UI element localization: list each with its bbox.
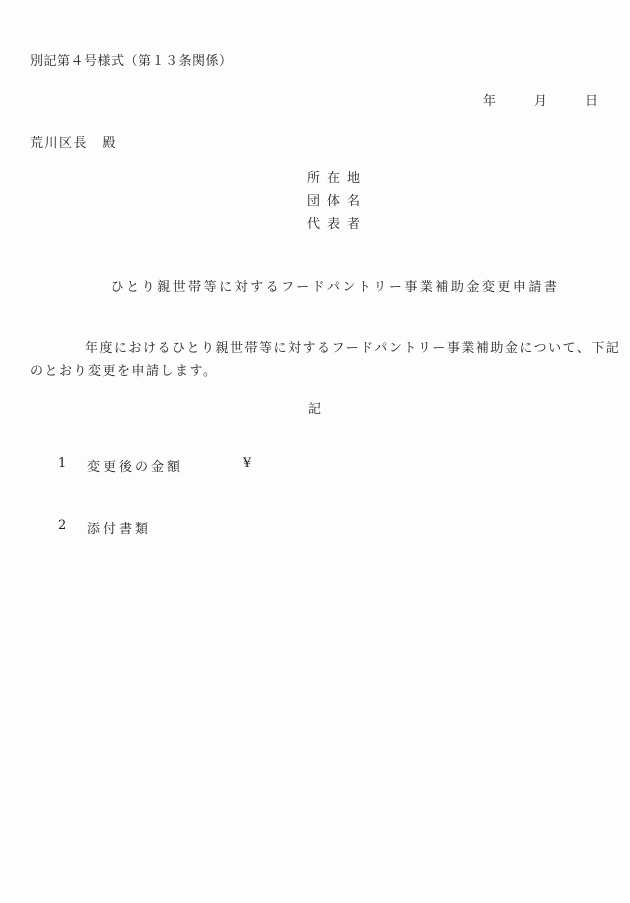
item-1-label: 変更後の金額 [87,456,183,475]
body-paragraph: 年度におけるひとり親世帯等に対するフードパントリー事業補助金について、下記 のと… [30,337,605,383]
signature-label-location: 所在地 [307,167,367,190]
list-marker-ki: 記 [0,398,630,417]
addressee: 荒川区長 殿 [30,132,117,151]
item-2-label: 添付書類 [87,518,151,537]
item-1-number: 1 [58,456,66,471]
day-label: 日 [585,90,598,109]
item-amount-after-change: 1 変更後の金額 ¥ [0,456,630,474]
form-number: 別記第４号様式（第１３条関係） [30,50,233,69]
document-title: ひとり親世帯等に対するフードパントリー事業補助金変更申請書 [0,276,630,295]
body-line-2: のとおり変更を申請します。 [30,360,605,383]
item-attached-documents: 2 添付書類 [0,518,630,536]
signature-label-representative: 代表者 [307,213,367,236]
yen-sign: ¥ [243,456,251,471]
document-page: 別記第４号様式（第１３条関係） 年 月 日 荒川区長 殿 所在地 団体名 代表者… [0,0,630,903]
signature-block: 所在地 団体名 代表者 [307,167,367,236]
year-label: 年 [483,90,496,109]
signature-label-organization: 団体名 [307,190,367,213]
month-label: 月 [534,90,547,109]
body-line-1: 年度におけるひとり親世帯等に対するフードパントリー事業補助金について、下記 [30,337,605,360]
date-line: 年 月 日 [483,90,598,109]
item-2-number: 2 [58,518,66,533]
